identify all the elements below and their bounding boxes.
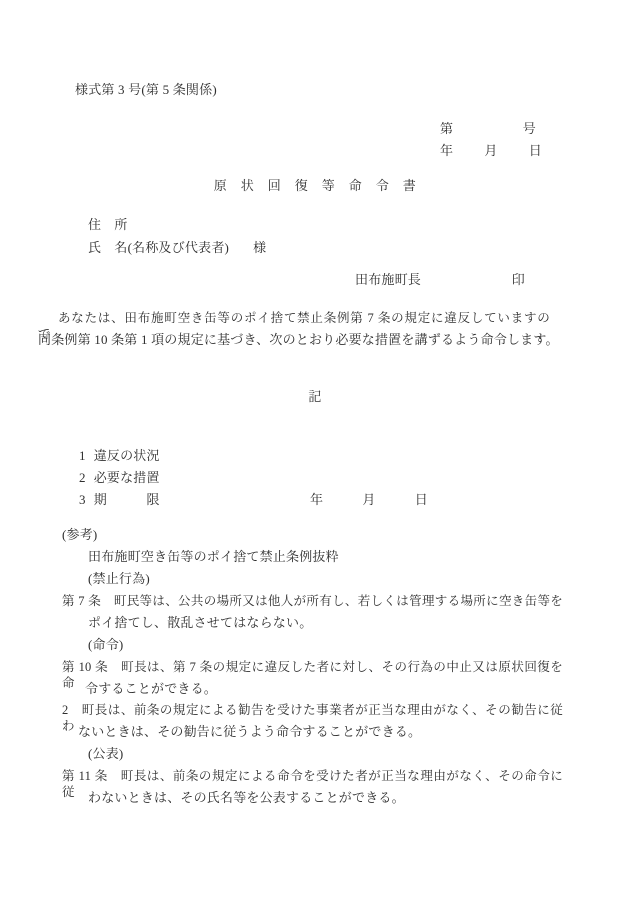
- document-title: 原 状 回 復 等 命 令 書: [0, 178, 630, 194]
- issuer-title: 田布施町長: [355, 272, 421, 288]
- order-heading: (命令): [88, 637, 123, 653]
- item-3-number: 3: [79, 492, 86, 507]
- item-row-2: 2必要な措置: [79, 470, 160, 486]
- article7-line1: 第 7 条 町民等は、公共の場所又は他人が所有し、若しくは管理する場所に空き缶等…: [62, 593, 563, 609]
- item-2-number: 2: [79, 470, 86, 485]
- address-label: 住 所: [88, 217, 128, 233]
- deadline-date-line: 年 月 日: [310, 492, 428, 508]
- article7-line2: ポイ捨てし、散乱させてはならない。: [88, 615, 312, 631]
- document-page: 様式第 3 号(第 5 条関係) 第 号 年 月 日 原 状 回 復 等 命 令…: [0, 0, 630, 915]
- body-paragraph-line2: 同条例第 10 条第 1 項の規定に基づき、次のとおり必要な措置を講ずるよう命令…: [38, 332, 559, 348]
- issuer-line: 田布施町長 印: [355, 272, 525, 288]
- publication-heading: (公表): [88, 746, 123, 762]
- issue-date-line: 年 月 日: [440, 143, 542, 159]
- issue-date-day-label: 日: [529, 143, 542, 159]
- item-2-label: 必要な措置: [94, 470, 160, 485]
- prohibition-heading: (禁止行為): [88, 571, 150, 587]
- deadline-year-label: 年: [310, 492, 323, 508]
- item-row-3: 3期 限: [79, 492, 160, 508]
- item-3-label: 期 限: [94, 492, 160, 507]
- addressee-honorific: 様: [253, 240, 266, 255]
- issue-date-month-label: 月: [484, 143, 497, 159]
- doc-number-line: 第 号: [440, 121, 536, 137]
- issue-date-year-label: 年: [440, 143, 453, 159]
- article10-line2: 令することができる。: [85, 681, 217, 697]
- seal-mark: 印: [512, 272, 525, 288]
- doc-number-prefix: 第: [440, 121, 453, 137]
- name-label: 氏 名(名称及び代表者): [88, 240, 229, 255]
- name-line: 氏 名(名称及び代表者)様: [88, 240, 266, 256]
- form-number-label: 様式第 3 号(第 5 条関係): [75, 82, 217, 98]
- reference-heading: (参考): [62, 527, 97, 543]
- ordinance-excerpt-title: 田布施町空き缶等のポイ捨て禁止条例抜粋: [88, 549, 339, 565]
- doc-number-suffix: 号: [523, 121, 536, 137]
- deadline-month-label: 月: [362, 492, 375, 508]
- item-row-1: 1違反の状況: [79, 448, 160, 464]
- deadline-day-label: 日: [415, 492, 428, 508]
- ki-marker: 記: [0, 389, 630, 405]
- article11-line2: わないときは、その氏名等を公表することができる。: [88, 790, 405, 806]
- item-1-number: 1: [79, 448, 86, 463]
- article10-para2-line2: ないときは、その勧告に従うよう命令することができる。: [78, 724, 421, 740]
- item-1-label: 違反の状況: [94, 448, 160, 463]
